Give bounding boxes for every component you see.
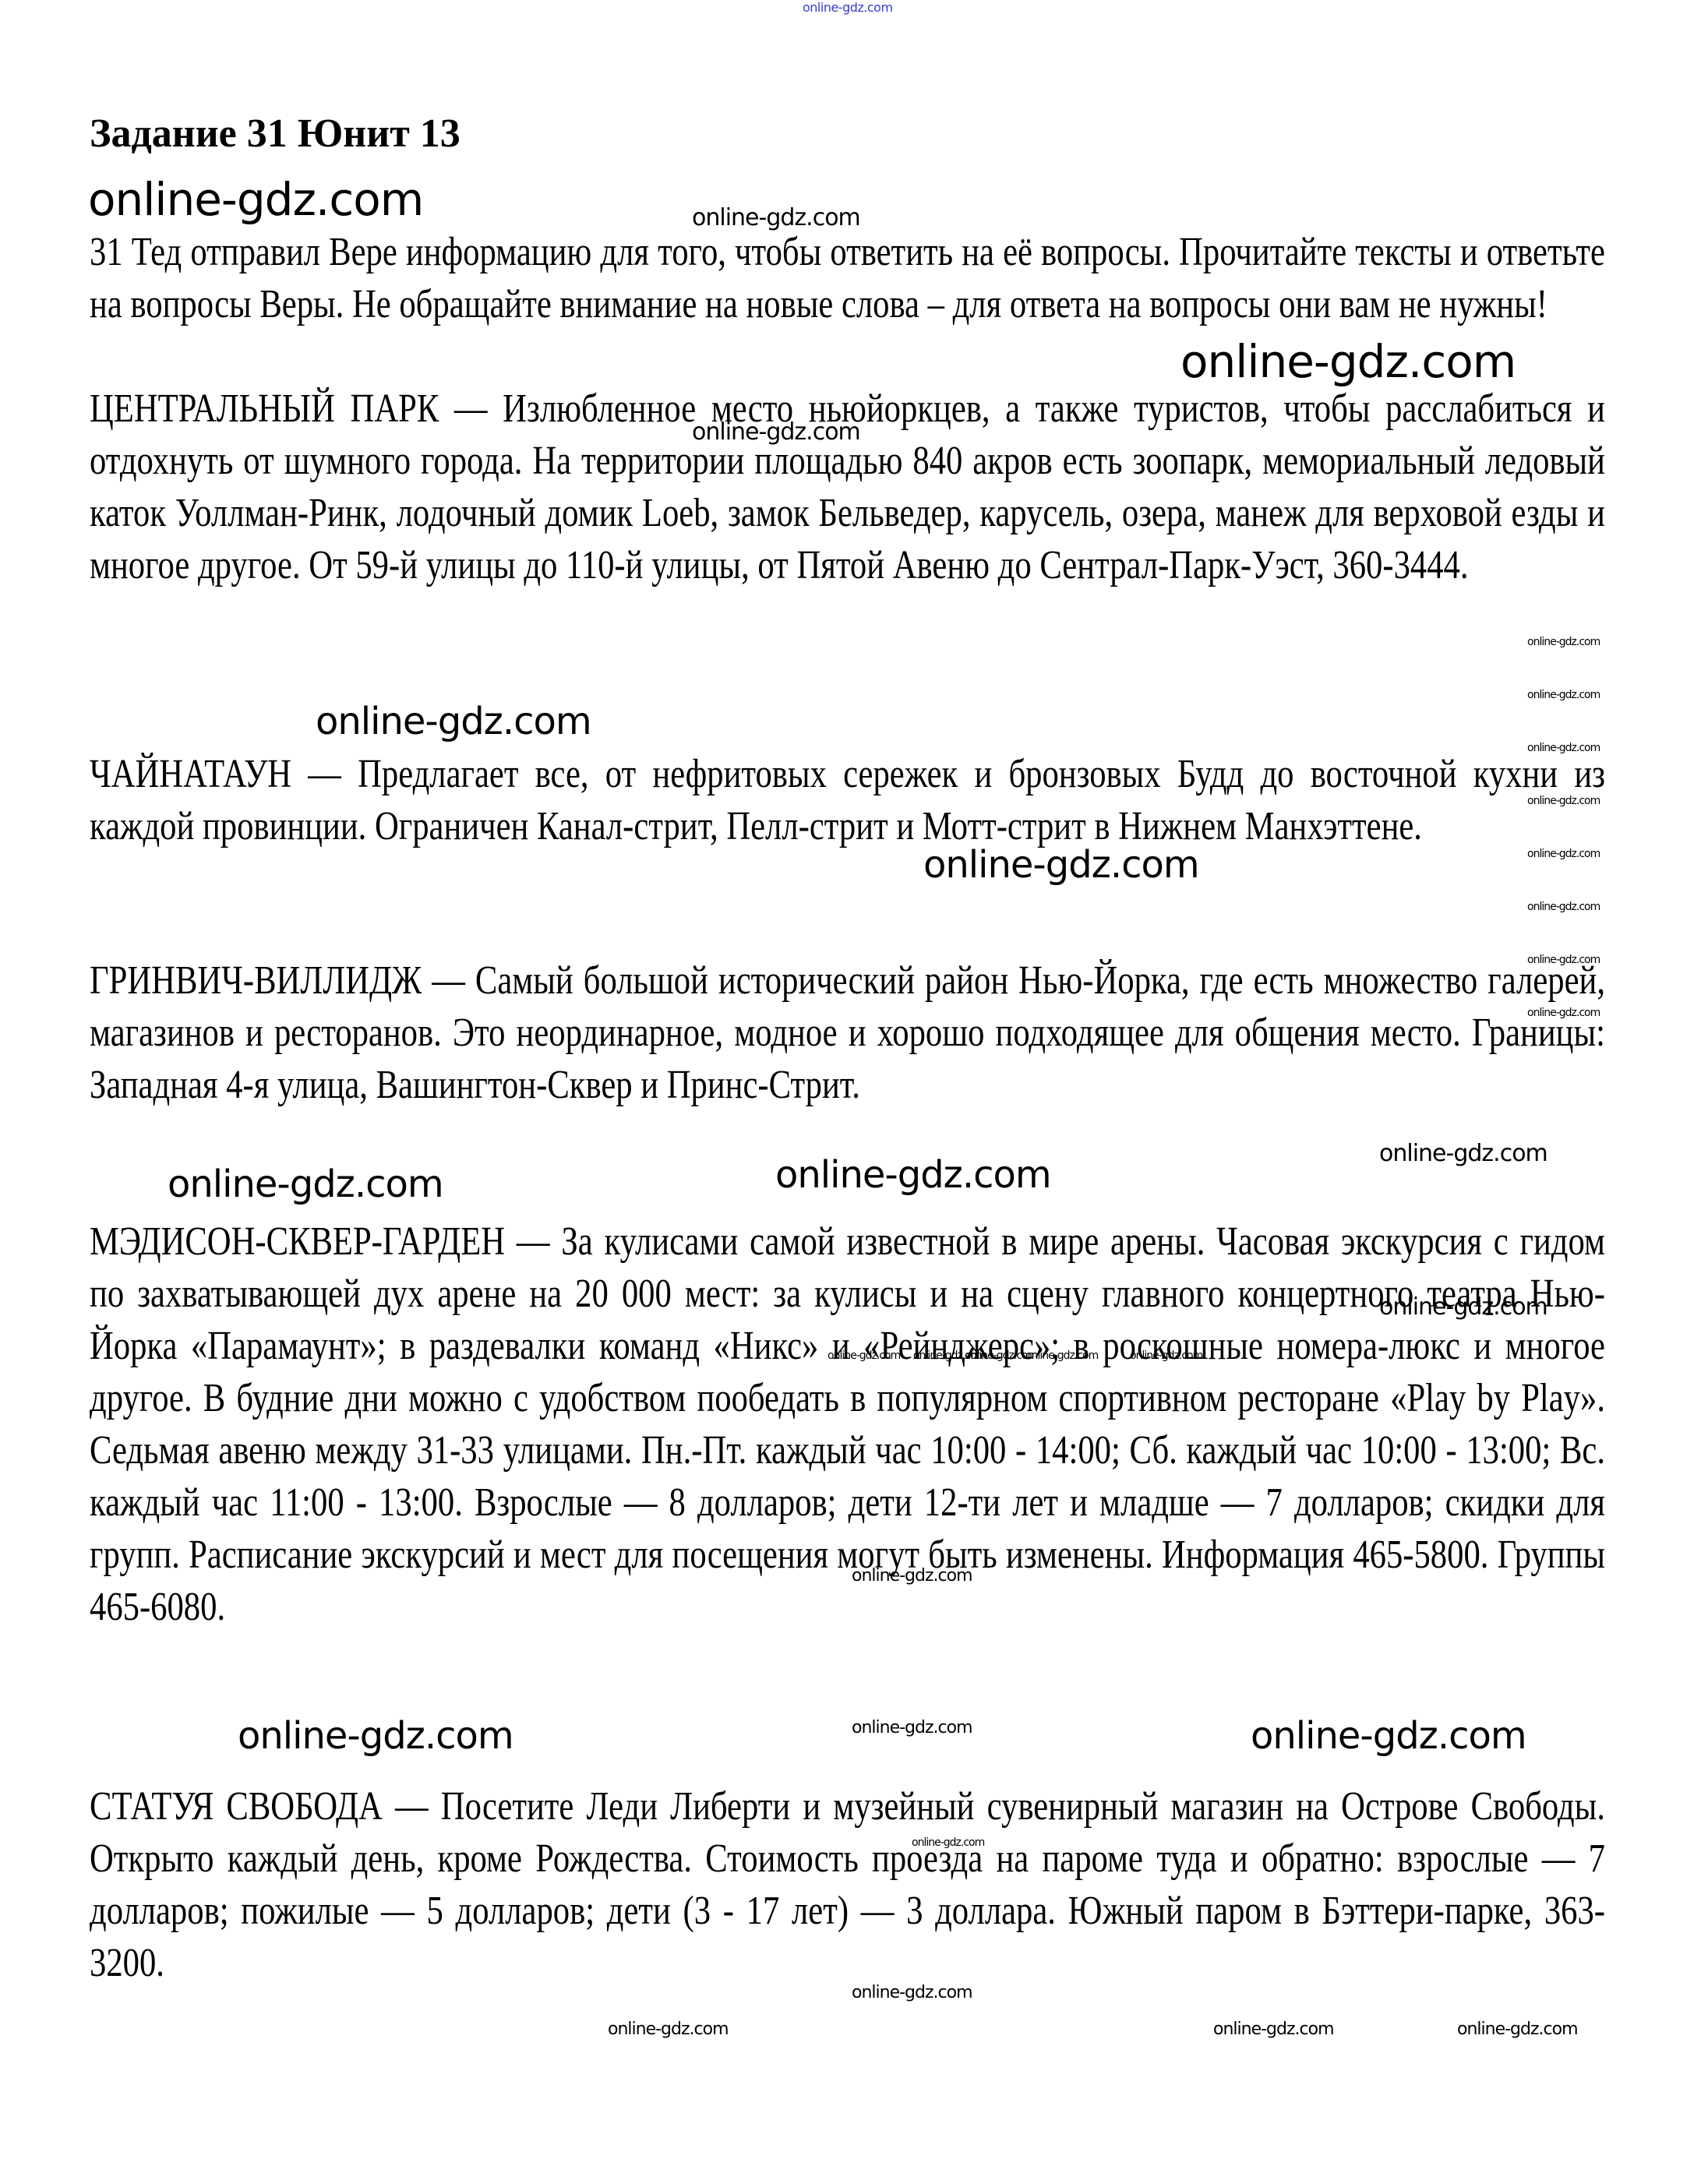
watermark: online-gdz.com (1527, 795, 1600, 807)
watermark: online-gdz.com (168, 1162, 443, 1206)
watermark: online-gdz.com (828, 1349, 900, 1362)
watermark: online-gdz.com (852, 1566, 972, 1586)
watermark: online-gdz.com (1527, 901, 1600, 913)
section-chinatown: ЧАЙНАТАУН — Предлагает все, от нефритовы… (90, 748, 1605, 852)
section-central-park: ЦЕНТРАЛЬНЫЙ ПАРК — Излюбленное место нью… (90, 383, 1605, 591)
document-page: online-gdz.com Задание 31 Юнит 13 online… (0, 0, 1708, 2166)
watermark: online-gdz.com (1527, 1007, 1600, 1019)
watermark: online-gdz.com (1025, 1349, 1098, 1362)
watermark: online-gdz.com (1527, 742, 1600, 754)
watermark: online-gdz.com (852, 1983, 972, 2002)
page-title: Задание 31 Юнит 13 (90, 111, 461, 157)
watermark: online-gdz.com (1527, 636, 1600, 648)
watermark: online-gdz.com (692, 204, 860, 231)
watermark: online-gdz.com (852, 1718, 972, 1737)
section-madison-square-garden: МЭДИСОН-СКВЕР-ГАРДЕН — За кулисами самой… (90, 1215, 1605, 1633)
watermark: online-gdz.com (1251, 1714, 1526, 1758)
watermark: online-gdz.com (1527, 954, 1600, 966)
watermark: online-gdz.com (775, 1153, 1051, 1197)
watermark: online-gdz.com (1130, 1349, 1202, 1362)
top-watermark: online-gdz.com (803, 0, 893, 15)
section-greenwich-village: ГРИНВИЧ-ВИЛЛИДЖ — Самый большой историче… (90, 954, 1605, 1111)
watermark: online-gdz.com (1379, 1293, 1547, 1321)
intro-paragraph: 31 Тед отправил Вере информацию для того… (90, 226, 1605, 330)
watermark: online-gdz.com (1379, 1140, 1547, 1167)
watermark: online-gdz.com (608, 2020, 729, 2039)
watermark: online-gdz.com (692, 418, 860, 446)
section-statue-of-liberty: СТАТУЯ СВОБОДА — Посетите Леди Либерти и… (90, 1780, 1605, 1989)
watermark: online-gdz.com (1180, 335, 1516, 388)
watermark: online-gdz.com (238, 1714, 513, 1758)
watermark: online-gdz.com (1527, 689, 1600, 701)
watermark: online-gdz.com (88, 173, 423, 226)
watermark: online-gdz.com (316, 700, 591, 743)
watermark: online-gdz.com (912, 1836, 984, 1849)
watermark: online-gdz.com (1457, 2020, 1578, 2039)
watermark: online-gdz.com (1213, 2020, 1334, 2039)
watermark: online-gdz.com (923, 843, 1199, 887)
watermark: online-gdz.com (1527, 848, 1600, 860)
